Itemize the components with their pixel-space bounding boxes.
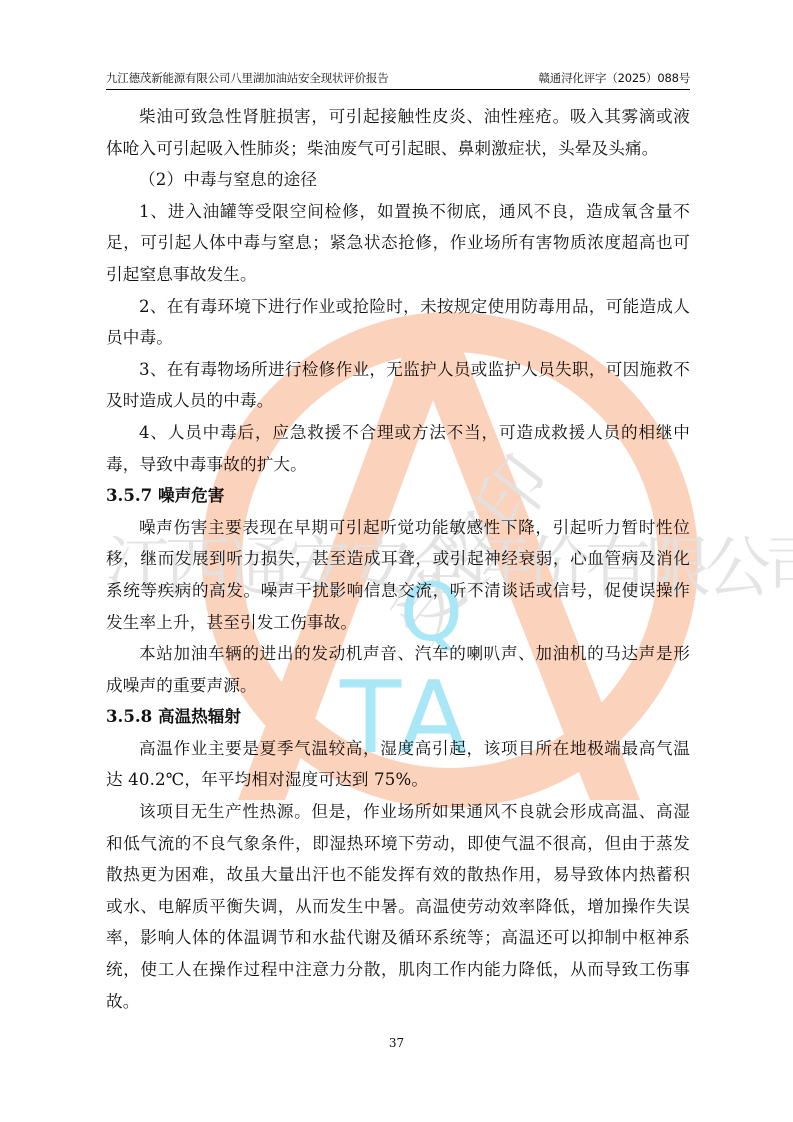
paragraph: 1、进入油罐等受限空间检修，如置换不彻底，通风不良，造成氧含量不足，可引起人体中… [106,196,690,291]
header-report-number: 赣通浔化评字（2025）088号 [538,70,690,86]
page-header: 九江德茂新能源有限公司八里湖加油站安全现状评价报告 赣通浔化评字（2025）08… [106,68,690,90]
paragraph: 柴油可致急性肾脏损害，可引起接触性皮炎、油性痤疮。吸入其雾滴或液体呛入可引起吸入… [106,101,690,164]
paragraph: 本站加油车辆的进出的发动机声音、汽车的喇叭声、加油机的马达声是形成噪声的重要声源… [106,638,690,701]
section-heading: 3.5.7 噪声危害 [106,480,690,512]
paragraph: 3、在有毒物场所进行检修作业，无监护人员或监护人员失职，可因施救不及时造成人员的… [106,354,690,417]
page-number: 37 [0,1036,793,1050]
paragraph: （2）中毒与窒息的途径 [106,164,690,196]
paragraph: 该项目无生产性热源。但是，作业场所如果通风不良就会形成高温、高湿和低气流的不良气… [106,796,690,1017]
paragraph: 高温作业主要是夏季气温较高，湿度高引起，该项目所在地极端最高气温达 40.2℃，… [106,733,690,796]
paragraph: 噪声伤害主要表现在早期可引起听觉功能敏感性下降，引起听力暂时性位移，继而发展到听… [106,512,690,638]
header-report-title: 九江德茂新能源有限公司八里湖加油站安全现状评价报告 [106,70,389,86]
section-heading: 3.5.8 高温热辐射 [106,701,690,733]
paragraph: 4、人员中毒后，应急救援不合理或方法不当，可造成救援人员的相继中毒，导致中毒事故… [106,417,690,480]
document-body: 柴油可致急性肾脏损害，可引起接触性皮炎、油性痤疮。吸入其雾滴或液体呛入可引起吸入… [106,101,690,1017]
paragraph: 2、在有毒环境下进行作业或抢险时，未按规定使用防毒用品，可能造成人员中毒。 [106,291,690,354]
